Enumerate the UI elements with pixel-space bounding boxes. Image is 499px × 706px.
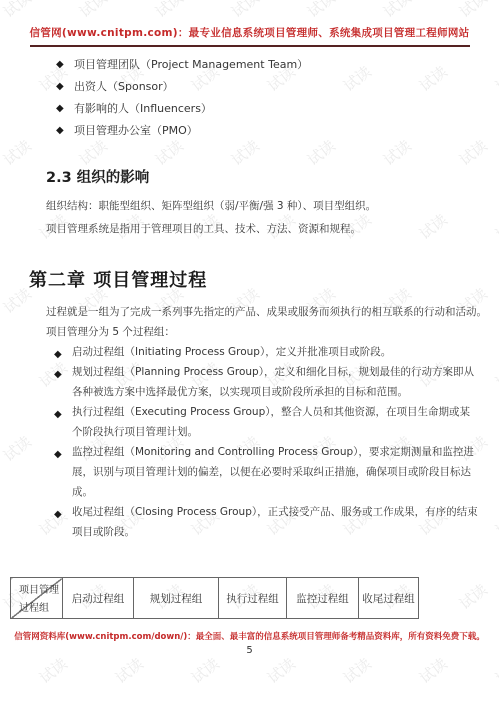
bullet-diamond-icon: ◆ xyxy=(54,445,62,465)
table-header-bottom-label: 过程组 xyxy=(19,599,49,614)
list-item-text: 收尾过程组（Closing Process Group），正式接受产品、服务或工… xyxy=(72,506,478,538)
table-cell: 收尾过程组 xyxy=(359,578,419,619)
footer-resource-line: 信管网资料库(www.cnitpm.com/down/)：最全面、最丰富的信息系… xyxy=(0,630,499,642)
list-item: ◆ 执行过程组（Executing Process Group），整合人员和其他… xyxy=(54,402,478,442)
list-item: ◆ 启动过程组（Initiating Process Group），定义并批准项… xyxy=(54,342,478,362)
process-group-list: ◆ 启动过程组（Initiating Process Group），定义并批准项… xyxy=(54,342,478,542)
chapter-2-heading: 第二章 项目管理过程 xyxy=(29,266,207,292)
list-item: ◆ 收尾过程组（Closing Process Group），正式接受产品、服务… xyxy=(54,502,478,542)
list-item-text: 项目管理办公室（PMO） xyxy=(74,124,198,137)
page-content: 信管网(www.cnitpm.com)：最专业信息系统项目管理师、系统集成项目管… xyxy=(0,0,499,706)
stakeholder-list: ◆ 项目管理团队（Project Management Team） ◆ 出资人（… xyxy=(56,57,476,145)
site-header-line: 信管网(www.cnitpm.com)：最专业信息系统项目管理师、系统集成项目管… xyxy=(0,25,499,40)
list-item-text: 有影响的人（Influencers） xyxy=(74,102,212,115)
header-rule xyxy=(30,45,470,47)
section-2-3-paragraph-1: 组织结构：职能型组织、矩阵型组织（弱/平衡/强 3 种）、项目型组织。 xyxy=(46,198,491,213)
process-group-table: 项目管理 过程组 启动过程组 规划过程组 执行过程组 监控过程组 收尾过程组 xyxy=(10,577,419,619)
table-cell: 执行过程组 xyxy=(219,578,287,619)
list-item-text: 规划过程组（Planning Process Group），定义和细化目标，规划… xyxy=(72,366,474,398)
bullet-diamond-icon: ◆ xyxy=(54,405,62,425)
bullet-diamond-icon: ◆ xyxy=(56,101,64,116)
list-item: ◆ 规划过程组（Planning Process Group），定义和细化目标，… xyxy=(54,362,478,402)
bullet-diamond-icon: ◆ xyxy=(54,505,62,525)
bullet-diamond-icon: ◆ xyxy=(56,57,64,72)
list-item-text: 项目管理团队（Project Management Team） xyxy=(74,58,308,71)
list-item-text: 监控过程组（Monitoring and Controlling Process… xyxy=(72,446,474,498)
table-cell: 启动过程组 xyxy=(63,578,134,619)
list-item: ◆ 监控过程组（Monitoring and Controlling Proce… xyxy=(54,442,478,502)
chapter-2-intro-paragraph: 过程就是一组为了完成一系列事先指定的产品、成果或服务而须执行的相互联系的行动和活… xyxy=(46,304,496,319)
section-2-3-paragraph-2: 项目管理系统是指用于管理项目的工具、技术、方法、资源和规程。 xyxy=(46,221,491,236)
section-2-3-heading: 2.3 组织的影响 xyxy=(46,166,149,187)
table-diagonal-header-cell: 项目管理 过程组 xyxy=(11,578,63,619)
list-item-text: 执行过程组（Executing Process Group），整合人员和其他资源… xyxy=(72,406,470,438)
list-item: ◆ 有影响的人（Influencers） xyxy=(56,101,476,123)
chapter-2-lead-line: 项目管理分为 5 个过程组： xyxy=(46,324,486,339)
document-page: 试读试读试读试读试读试读试读试读试读试读试读试读试读试读试读试读试读试读试读试读… xyxy=(0,0,499,706)
list-item: ◆ 出资人（Sponsor） xyxy=(56,79,476,101)
list-item-text: 启动过程组（Initiating Process Group），定义并批准项目或… xyxy=(72,346,391,358)
bullet-diamond-icon: ◆ xyxy=(56,123,64,138)
table-header-top-label: 项目管理 xyxy=(19,581,59,596)
table-cell: 规划过程组 xyxy=(134,578,219,619)
list-item-text: 出资人（Sponsor） xyxy=(74,80,174,93)
table-cell: 监控过程组 xyxy=(287,578,359,619)
list-item: ◆ 项目管理团队（Project Management Team） xyxy=(56,57,476,79)
bullet-diamond-icon: ◆ xyxy=(56,79,64,94)
bullet-diamond-icon: ◆ xyxy=(54,365,62,385)
list-item: ◆ 项目管理办公室（PMO） xyxy=(56,123,476,145)
page-number: 5 xyxy=(0,645,499,656)
